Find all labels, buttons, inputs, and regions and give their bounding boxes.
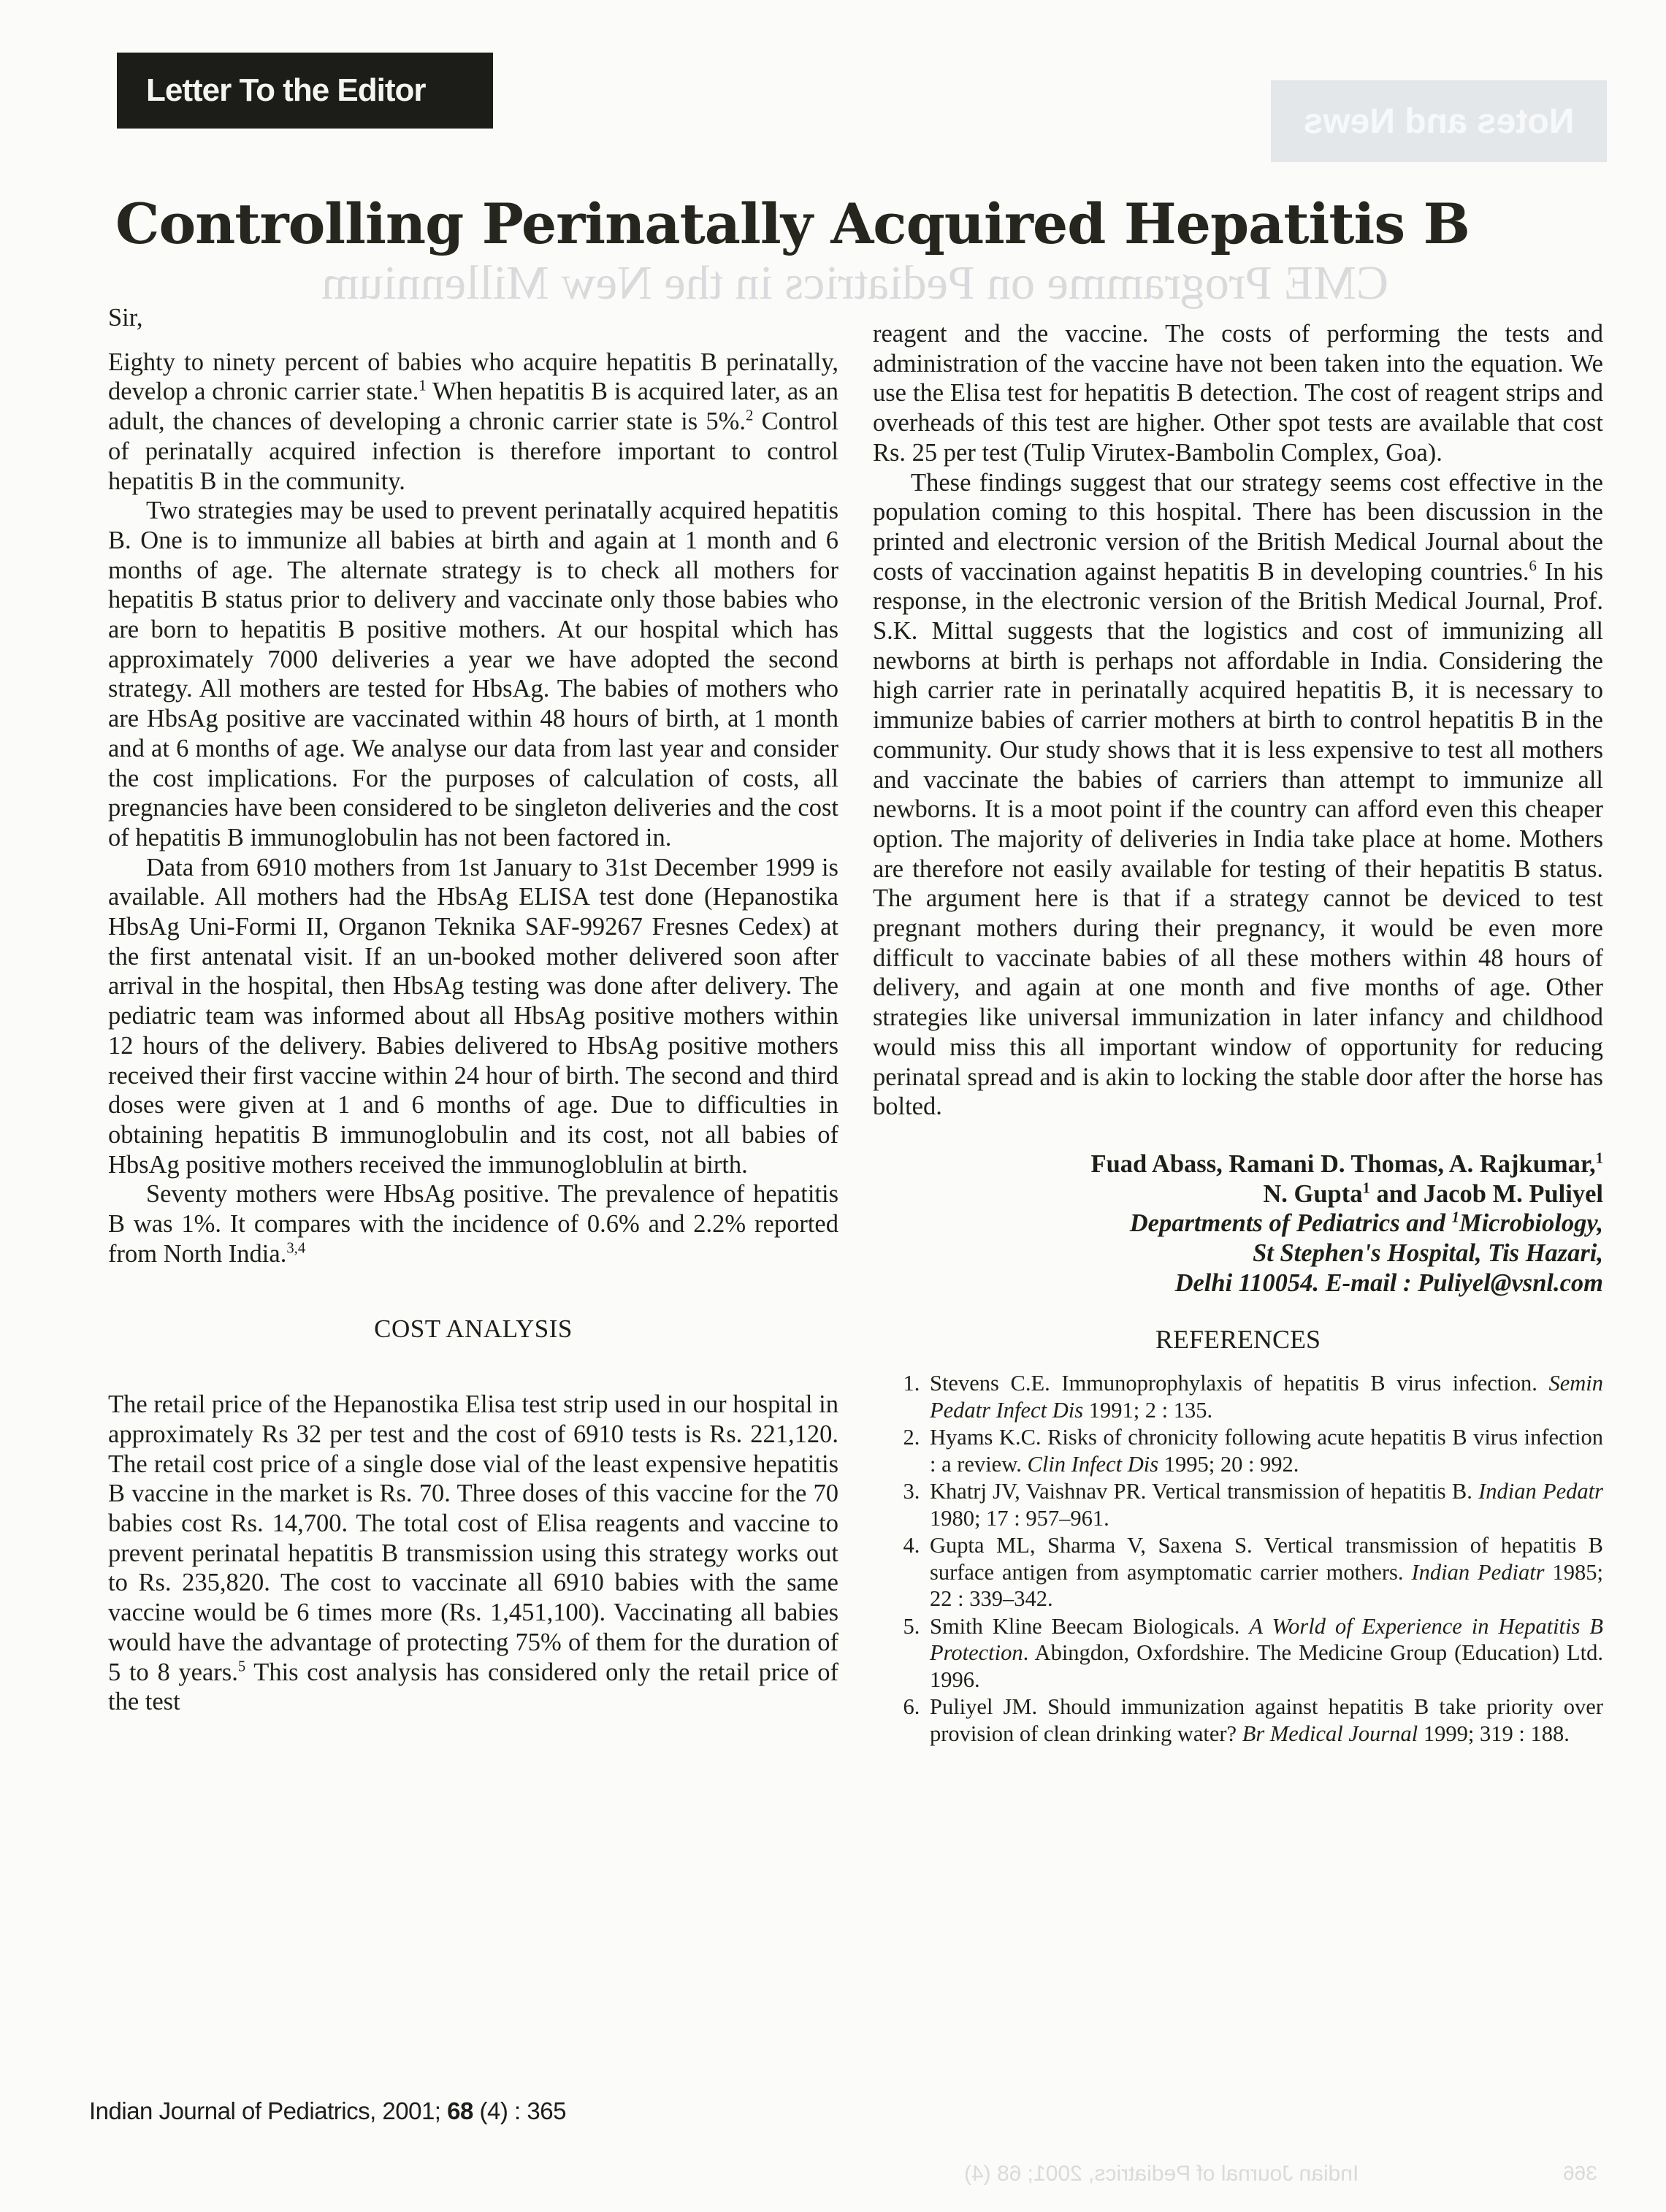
reference-item: Stevens C.E. Immunoprophylaxis of hepati… bbox=[925, 1370, 1603, 1423]
bleed-through-tag: Notes and News bbox=[1271, 80, 1607, 162]
citation-ref: 1 bbox=[419, 378, 426, 394]
references-list: Stevens C.E. Immunoprophylaxis of hepati… bbox=[873, 1370, 1603, 1747]
left-column: Sir, Eighty to ninety percent of babies … bbox=[108, 303, 838, 1717]
paragraph-strategies: Two strategies may be used to prevent pe… bbox=[108, 496, 838, 852]
article-title: Controlling Perinatally Acquired Hepatit… bbox=[115, 191, 1470, 256]
paragraph-intro: Eighty to ninety percent of babies who a… bbox=[108, 348, 838, 497]
paragraph-cost-analysis: The retail price of the Hepanostika Elis… bbox=[108, 1390, 838, 1717]
citation-ref: 3,4 bbox=[286, 1240, 305, 1256]
section-heading-cost-analysis: COST ANALYSIS bbox=[108, 1314, 838, 1344]
right-column: reagent and the vaccine. The costs of pe… bbox=[873, 319, 1603, 1748]
paragraph-data: Data from 6910 mothers from 1st January … bbox=[108, 853, 838, 1180]
author-email: Delhi 110054. E-mail : Puliyel@vsnl.com bbox=[1175, 1269, 1603, 1297]
journal-citation-footer: Indian Journal of Pediatrics, 2001; 68 (… bbox=[89, 2097, 566, 2125]
section-tag: Letter To the Editor bbox=[117, 53, 493, 129]
reference-item: Puliyel JM. Should immunization against … bbox=[925, 1694, 1603, 1747]
citation-ref: 5 bbox=[238, 1658, 245, 1675]
bleed-through-tag-label: Notes and News bbox=[1304, 102, 1575, 142]
author-affiliation: Departments of Pediatrics and 1Microbiol… bbox=[873, 1209, 1603, 1298]
author-signature: Fuad Abass, Ramani D. Thomas, A. Rajkuma… bbox=[873, 1149, 1603, 1298]
references-heading: REFERENCES bbox=[873, 1325, 1603, 1355]
paragraph-findings: These findings suggest that our strategy… bbox=[873, 468, 1603, 1122]
salutation: Sir, bbox=[108, 303, 838, 333]
citation-ref: 6 bbox=[1529, 558, 1536, 574]
bleed-through-page-number: 366 bbox=[1563, 2162, 1597, 2185]
reference-item: Khatrj JV, Vaishnav PR. Vertical transmi… bbox=[925, 1478, 1603, 1531]
reference-item: Smith Kline Beecam Biologicals. A World … bbox=[925, 1613, 1603, 1694]
paragraph-continued: reagent and the vaccine. The costs of pe… bbox=[873, 319, 1603, 468]
paragraph-prevalence: Seventy mothers were HbsAg positive. The… bbox=[108, 1179, 838, 1268]
author-names: Fuad Abass, Ramani D. Thomas, A. Rajkuma… bbox=[873, 1149, 1603, 1209]
section-tag-label: Letter To the Editor bbox=[146, 72, 426, 109]
reference-item: Hyams K.C. Risks of chronicity following… bbox=[925, 1424, 1603, 1477]
citation-ref: 2 bbox=[746, 408, 753, 424]
bleed-through-footer: Indian Journal of Pediatrics, 2001; 68 (… bbox=[964, 2162, 1359, 2186]
reference-item: Gupta ML, Sharma V, Saxena S. Vertical t… bbox=[925, 1532, 1603, 1612]
